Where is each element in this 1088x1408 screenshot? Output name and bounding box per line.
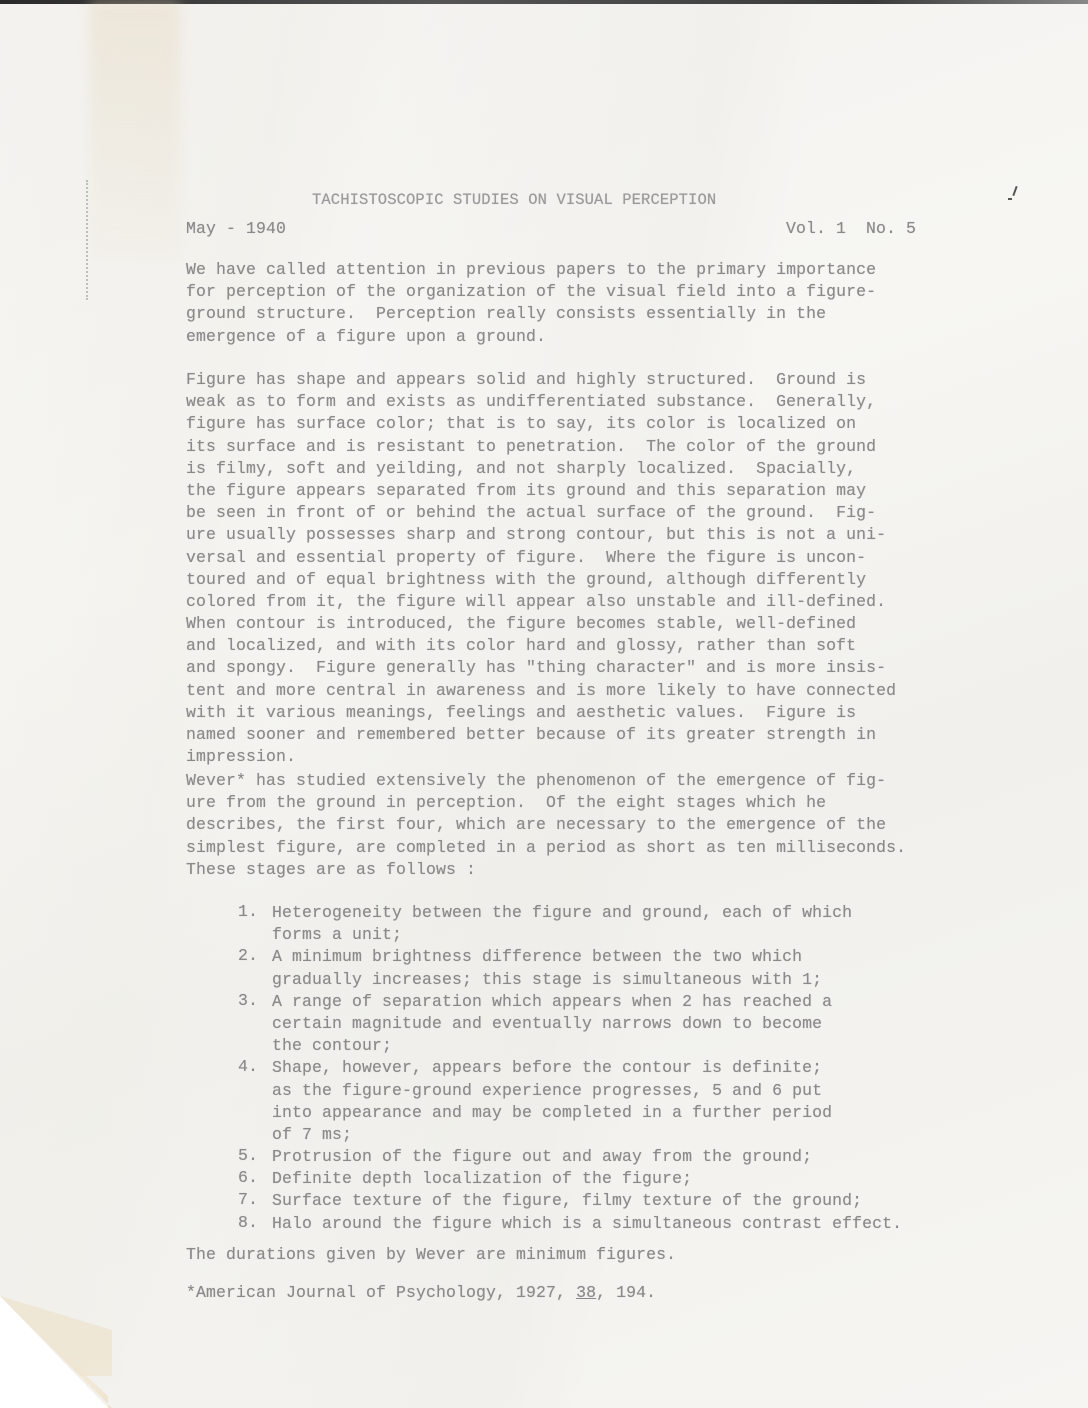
list-item-stage-3: 3. A range of separation which appears w…: [238, 991, 958, 1058]
list-number: 4.: [238, 1057, 272, 1146]
text-line: forms a unit;: [272, 924, 958, 946]
list-number: 5.: [238, 1146, 272, 1168]
footnote-citation: *American Journal of Psychology, 1927, 3…: [186, 1283, 656, 1302]
list-item-stage-6: 6. Definite depth localization of the fi…: [238, 1168, 958, 1190]
text-line: We have called attention in previous pap…: [186, 259, 966, 281]
text-line: for perception of the organization of th…: [186, 281, 966, 303]
text-line: the contour;: [272, 1035, 958, 1057]
text-line: Heterogeneity between the figure and gro…: [272, 902, 958, 924]
list-item-stage-4: 4. Shape, however, appears before the co…: [238, 1057, 958, 1146]
list-number: 7.: [238, 1190, 272, 1212]
list-number: 1.: [238, 902, 272, 946]
text-line: describes, the first four, which are nec…: [186, 814, 966, 836]
text-line: simplest figure, are completed in a peri…: [186, 837, 966, 859]
text-line: into appearance and may be completed in …: [272, 1102, 958, 1124]
text-line: Wever* has studied extensively the pheno…: [186, 770, 966, 792]
paragraph-wever: Wever* has studied extensively the pheno…: [186, 770, 966, 881]
text-line: weak as to form and exists as undifferen…: [186, 391, 966, 413]
list-item-stage-2: 2. A minimum brightness difference betwe…: [238, 946, 958, 990]
text-line: Protrusion of the figure out and away fr…: [272, 1146, 958, 1168]
text-line: Figure has shape and appears solid and h…: [186, 369, 966, 391]
text-line: ground structure. Perception really cons…: [186, 303, 966, 325]
citation-volume: 38: [576, 1283, 596, 1302]
list-item-stage-1: 1. Heterogeneity between the figure and …: [238, 902, 958, 946]
list-number: 2.: [238, 946, 272, 990]
text-line: ure usually possesses sharp and strong c…: [186, 524, 966, 546]
text-line: is filmy, soft and yeilding, and not sha…: [186, 458, 966, 480]
text-line: and spongy. Figure generally has "thing …: [186, 657, 966, 679]
document-title: TACHISTOSCOPIC STUDIES ON VISUAL PERCEPT…: [312, 191, 716, 209]
text-line: as the figure-ground experience progress…: [272, 1080, 958, 1102]
list-number: 8.: [238, 1213, 272, 1235]
text-line: its surface and is resistant to penetrat…: [186, 436, 966, 458]
text-line: and localized, and with its color hard a…: [186, 635, 966, 657]
paragraph-intro: We have called attention in previous pap…: [186, 259, 966, 348]
text-line: emergence of a figure upon a ground.: [186, 326, 966, 348]
text-line: colored from it, the figure will appear …: [186, 591, 966, 613]
list-number: 6.: [238, 1168, 272, 1190]
closing-remark: The durations given by Wever are minimum…: [186, 1245, 676, 1264]
text-line: versal and essential property of figure.…: [186, 547, 966, 569]
paragraph-figure-ground: Figure has shape and appears solid and h…: [186, 369, 966, 768]
list-item-stage-7: 7. Surface texture of the figure, filmy …: [238, 1190, 958, 1212]
text-line: Surface texture of the figure, filmy tex…: [272, 1190, 958, 1212]
list-item-stage-5: 5. Protrusion of the figure out and away…: [238, 1146, 958, 1168]
text-line: the figure appears separated from its gr…: [186, 480, 966, 502]
text-line: Definite depth localization of the figur…: [272, 1168, 958, 1190]
text-line: These stages are as follows :: [186, 859, 966, 881]
text-line: A range of separation which appears when…: [272, 991, 958, 1013]
text-line: toured and of equal brightness with the …: [186, 569, 966, 591]
text-line: Shape, however, appears before the conto…: [272, 1057, 958, 1079]
text-line: When contour is introduced, the figure b…: [186, 613, 966, 635]
text-line: Halo around the figure which is a simult…: [272, 1213, 958, 1235]
text-line: certain magnitude and eventually narrows…: [272, 1013, 958, 1035]
text-line: ure from the ground in perception. Of th…: [186, 792, 966, 814]
stages-list: 1. Heterogeneity between the figure and …: [238, 902, 958, 1235]
text-line: be seen in front of or behind the actual…: [186, 502, 966, 524]
text-line: named sooner and remembered better becau…: [186, 724, 966, 746]
text-line: A minimum brightness difference between …: [272, 946, 958, 968]
list-item-stage-8: 8. Halo around the figure which is a sim…: [238, 1213, 958, 1235]
text-line: with it various meanings, feelings and a…: [186, 702, 966, 724]
citation-journal: *American Journal of Psychology, 1927,: [186, 1283, 576, 1302]
text-line: of 7 ms;: [272, 1124, 958, 1146]
typewritten-document: TACHISTOSCOPIC STUDIES ON VISUAL PERCEPT…: [0, 0, 1088, 1408]
text-line: gradually increases; this stage is simul…: [272, 969, 958, 991]
text-line: tent and more central in awareness and i…: [186, 680, 966, 702]
list-number: 3.: [238, 991, 272, 1058]
text-line: figure has surface color; that is to say…: [186, 413, 966, 435]
volume-number: Vol. 1 No. 5: [786, 219, 916, 238]
text-line: impression.: [186, 746, 966, 768]
citation-page: , 194.: [596, 1283, 656, 1302]
document-date: May - 1940: [186, 219, 286, 238]
